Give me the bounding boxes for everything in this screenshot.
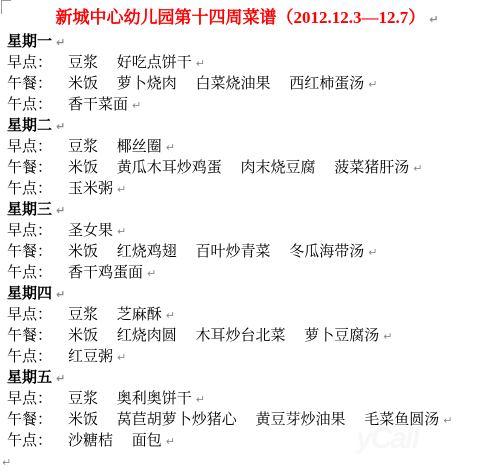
text-boundary-corner-mark <box>1 0 11 14</box>
meal-line-breakfast: 早点：豆浆 奥利奥饼干↵ <box>0 389 494 410</box>
day-name: 星期四 <box>7 286 52 302</box>
day-section-wednesday: 星期三↵ 早点：圣女果↵ 午餐：米饭 红烧鸡翅 百叶炒青菜 冬瓜海带汤↵ 午点：… <box>0 200 494 284</box>
meal-label: 午餐： <box>7 74 68 95</box>
meal-line-breakfast: 早点：圣女果↵ <box>0 221 494 242</box>
paragraph-mark-icon: ↵ <box>56 288 65 301</box>
meal-items: 圣女果 <box>68 221 113 242</box>
day-heading: 星期四↵ <box>0 284 494 305</box>
meal-line-lunch: 午餐：米饭 萝卜烧肉 白菜烧油果 西红柿蛋汤↵ <box>0 74 494 95</box>
title-line: 新城中心幼儿园第十四周菜谱（2012.12.3—12.7）↵ <box>0 0 494 32</box>
day-section-tuesday: 星期二↵ 早点：豆浆 椰丝圈↵ 午餐：米饭 黄瓜木耳炒鸡蛋 肉末烧豆腐 菠菜猪肝… <box>0 116 494 200</box>
paragraph-mark-icon: ↵ <box>132 99 141 112</box>
meal-items: 豆浆 椰丝圈 <box>68 137 162 158</box>
day-name: 星期五 <box>7 370 52 386</box>
watermark: yCall <box>356 422 488 460</box>
paragraph-mark-icon: ↵ <box>2 456 11 469</box>
meal-items: 米饭 萝卜烧肉 白菜烧油果 西红柿蛋汤 <box>68 74 364 95</box>
day-heading: 星期三↵ <box>0 200 494 221</box>
meal-label: 早点： <box>7 137 68 158</box>
meal-items: 香干鸡蛋面 <box>68 263 143 284</box>
meal-line-snack: 午点：玉米粥↵ <box>0 179 494 200</box>
day-heading: 星期五↵ <box>0 368 494 389</box>
meal-label: 午点： <box>7 431 68 452</box>
day-heading: 星期二↵ <box>0 116 494 137</box>
meal-label: 午餐： <box>7 158 68 179</box>
meal-label: 午餐： <box>7 410 68 431</box>
meal-label: 午点： <box>7 263 68 284</box>
day-name: 星期三 <box>7 202 52 218</box>
paragraph-mark-icon: ↵ <box>56 372 65 385</box>
paragraph-mark-icon: ↵ <box>368 246 377 259</box>
meal-line-breakfast: 早点：豆浆 芝麻酥↵ <box>0 305 494 326</box>
paragraph-mark-icon: ↵ <box>413 162 422 175</box>
paragraph-mark-icon: ↵ <box>117 183 126 196</box>
paragraph-mark-icon: ↵ <box>166 309 175 322</box>
meal-items: 米饭 红烧肉圆 木耳炒台北菜 萝卜豆腐汤 <box>68 326 379 347</box>
meal-items: 米饭 红烧鸡翅 百叶炒青菜 冬瓜海带汤 <box>68 242 364 263</box>
paragraph-mark-icon: ↵ <box>368 78 377 91</box>
paragraph-mark-icon: ↵ <box>166 435 175 448</box>
meal-label: 早点： <box>7 389 68 410</box>
paragraph-mark-icon: ↵ <box>56 36 65 49</box>
day-section-monday: 星期一↵ 早点：豆浆 好吃点饼干↵ 午餐：米饭 萝卜烧肉 白菜烧油果 西红柿蛋汤… <box>0 32 494 116</box>
meal-items: 玉米粥 <box>68 179 113 200</box>
meal-label: 早点： <box>7 305 68 326</box>
day-name: 星期二 <box>7 118 52 134</box>
meal-label: 午点： <box>7 179 68 200</box>
meal-items: 豆浆 芝麻酥 <box>68 305 162 326</box>
meal-line-snack: 午点：香干鸡蛋面↵ <box>0 263 494 284</box>
day-section-thursday: 星期四↵ 早点：豆浆 芝麻酥↵ 午餐：米饭 红烧肉圆 木耳炒台北菜 萝卜豆腐汤↵… <box>0 284 494 368</box>
paragraph-mark-icon: ↵ <box>383 330 392 343</box>
paragraph-mark-icon: ↵ <box>117 225 126 238</box>
meal-items: 沙糖桔 面包 <box>68 431 162 452</box>
meal-line-lunch: 午餐：米饭 红烧肉圆 木耳炒台北菜 萝卜豆腐汤↵ <box>0 326 494 347</box>
page-title: 新城中心幼儿园第十四周菜谱（2012.12.3—12.7） <box>56 8 426 27</box>
paragraph-mark-icon: ↵ <box>196 393 205 406</box>
paragraph-mark-icon: ↵ <box>147 267 156 280</box>
meal-label: 午点： <box>7 347 68 368</box>
paragraph-mark-icon: ↵ <box>196 57 205 70</box>
meal-label: 午餐： <box>7 326 68 347</box>
meal-line-breakfast: 早点：豆浆 椰丝圈↵ <box>0 137 494 158</box>
meal-label: 早点： <box>7 221 68 242</box>
meal-line-lunch: 午餐：米饭 黄瓜木耳炒鸡蛋 肉末烧豆腐 菠菜猪肝汤↵ <box>0 158 494 179</box>
paragraph-mark-icon: ↵ <box>117 351 126 364</box>
meal-line-snack: 午点：香干菜面↵ <box>0 95 494 116</box>
paragraph-mark-icon: ↵ <box>56 120 65 133</box>
meal-label: 午点： <box>7 95 68 116</box>
meal-items: 红豆粥 <box>68 347 113 368</box>
meal-items: 豆浆 奥利奥饼干 <box>68 389 192 410</box>
meal-items: 香干菜面 <box>68 95 128 116</box>
paragraph-mark-icon: ↵ <box>429 13 438 26</box>
meal-line-lunch: 午餐：米饭 红烧鸡翅 百叶炒青菜 冬瓜海带汤↵ <box>0 242 494 263</box>
meal-line-snack: 午点：红豆粥↵ <box>0 347 494 368</box>
day-heading: 星期一↵ <box>0 32 494 53</box>
meal-label: 午餐： <box>7 242 68 263</box>
paragraph-mark-icon: ↵ <box>56 204 65 217</box>
document-page: 新城中心幼儿园第十四周菜谱（2012.12.3—12.7）↵ 星期一↵ 早点：豆… <box>0 0 494 472</box>
day-name: 星期一 <box>7 34 52 50</box>
paragraph-mark-icon: ↵ <box>166 141 175 154</box>
meal-items: 米饭 黄瓜木耳炒鸡蛋 肉末烧豆腐 菠菜猪肝汤 <box>68 158 409 179</box>
meal-items: 豆浆 好吃点饼干 <box>68 53 192 74</box>
meal-label: 早点： <box>7 53 68 74</box>
meal-line-breakfast: 早点：豆浆 好吃点饼干↵ <box>0 53 494 74</box>
